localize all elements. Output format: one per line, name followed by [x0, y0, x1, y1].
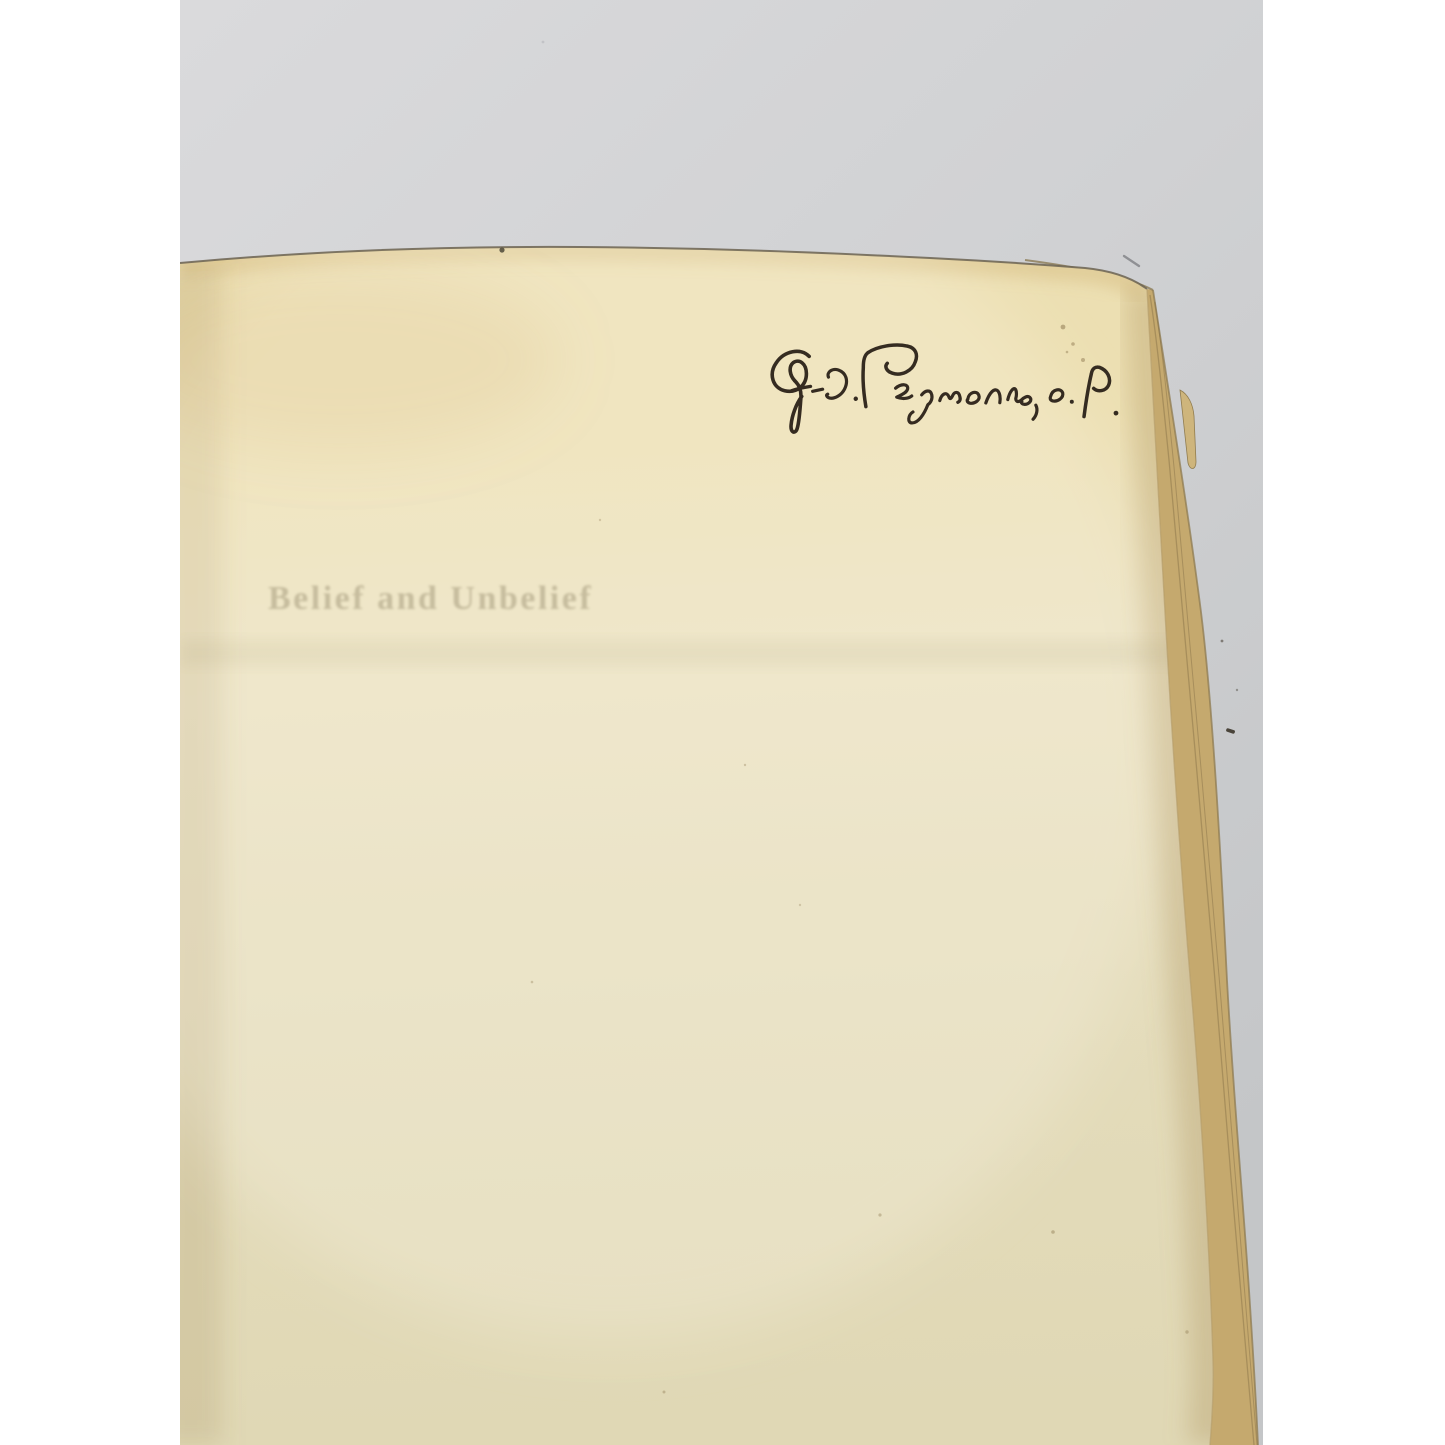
book-photo: Belief and Unbelief: [180, 0, 1263, 1445]
product-photo-canvas: Belief and Unbelief: [0, 0, 1445, 1445]
signature-dash: [813, 389, 823, 391]
book-page-illustration: Belief and Unbelief: [180, 0, 1263, 1445]
edge-speck: [499, 247, 504, 252]
ghost-title-showthrough: Belief and Unbelief: [268, 580, 593, 617]
